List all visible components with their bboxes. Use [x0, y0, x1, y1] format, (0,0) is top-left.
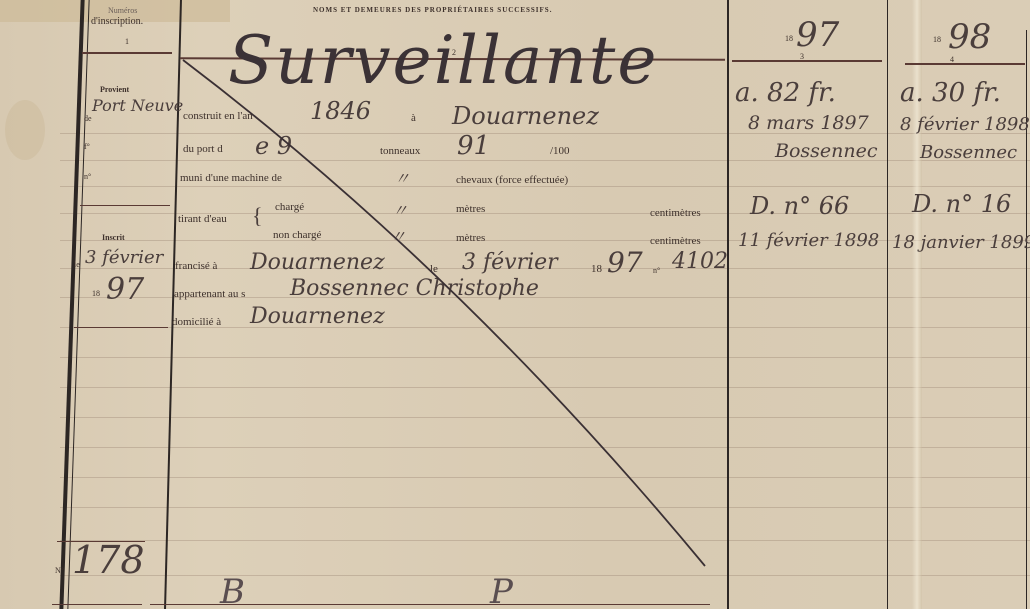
entry-3-amount: a. 82 fr.: [735, 78, 836, 108]
year-3: 97: [796, 15, 839, 55]
entry-3-date: 8 mars 1897: [748, 112, 869, 134]
year-prefix-4: 18: [933, 35, 941, 44]
column-number-3: 3: [800, 52, 804, 61]
entry-3-decision: D. n° 66: [750, 192, 849, 220]
entry-4-date: 8 février 1898: [900, 114, 1030, 135]
year-prefix-3: 18: [785, 34, 793, 43]
entry-4-name: Bossennec: [920, 142, 1017, 163]
entry-3-name: Bossennec: [775, 140, 878, 162]
entry-4-decision-date: 18 janvier 1899: [892, 232, 1030, 253]
ledger-page: Numéros d'inscription. 1 Provient de Por…: [0, 0, 1030, 609]
entry-3-decision-date: 11 février 1898: [738, 230, 879, 251]
cancellation-stroke: [0, 0, 1030, 609]
year-4: 98: [948, 17, 991, 57]
column-number-4: 4: [950, 55, 954, 64]
entry-4-amount: a. 30 fr.: [900, 78, 1001, 108]
entry-4-decision: D. n° 16: [912, 190, 1011, 218]
